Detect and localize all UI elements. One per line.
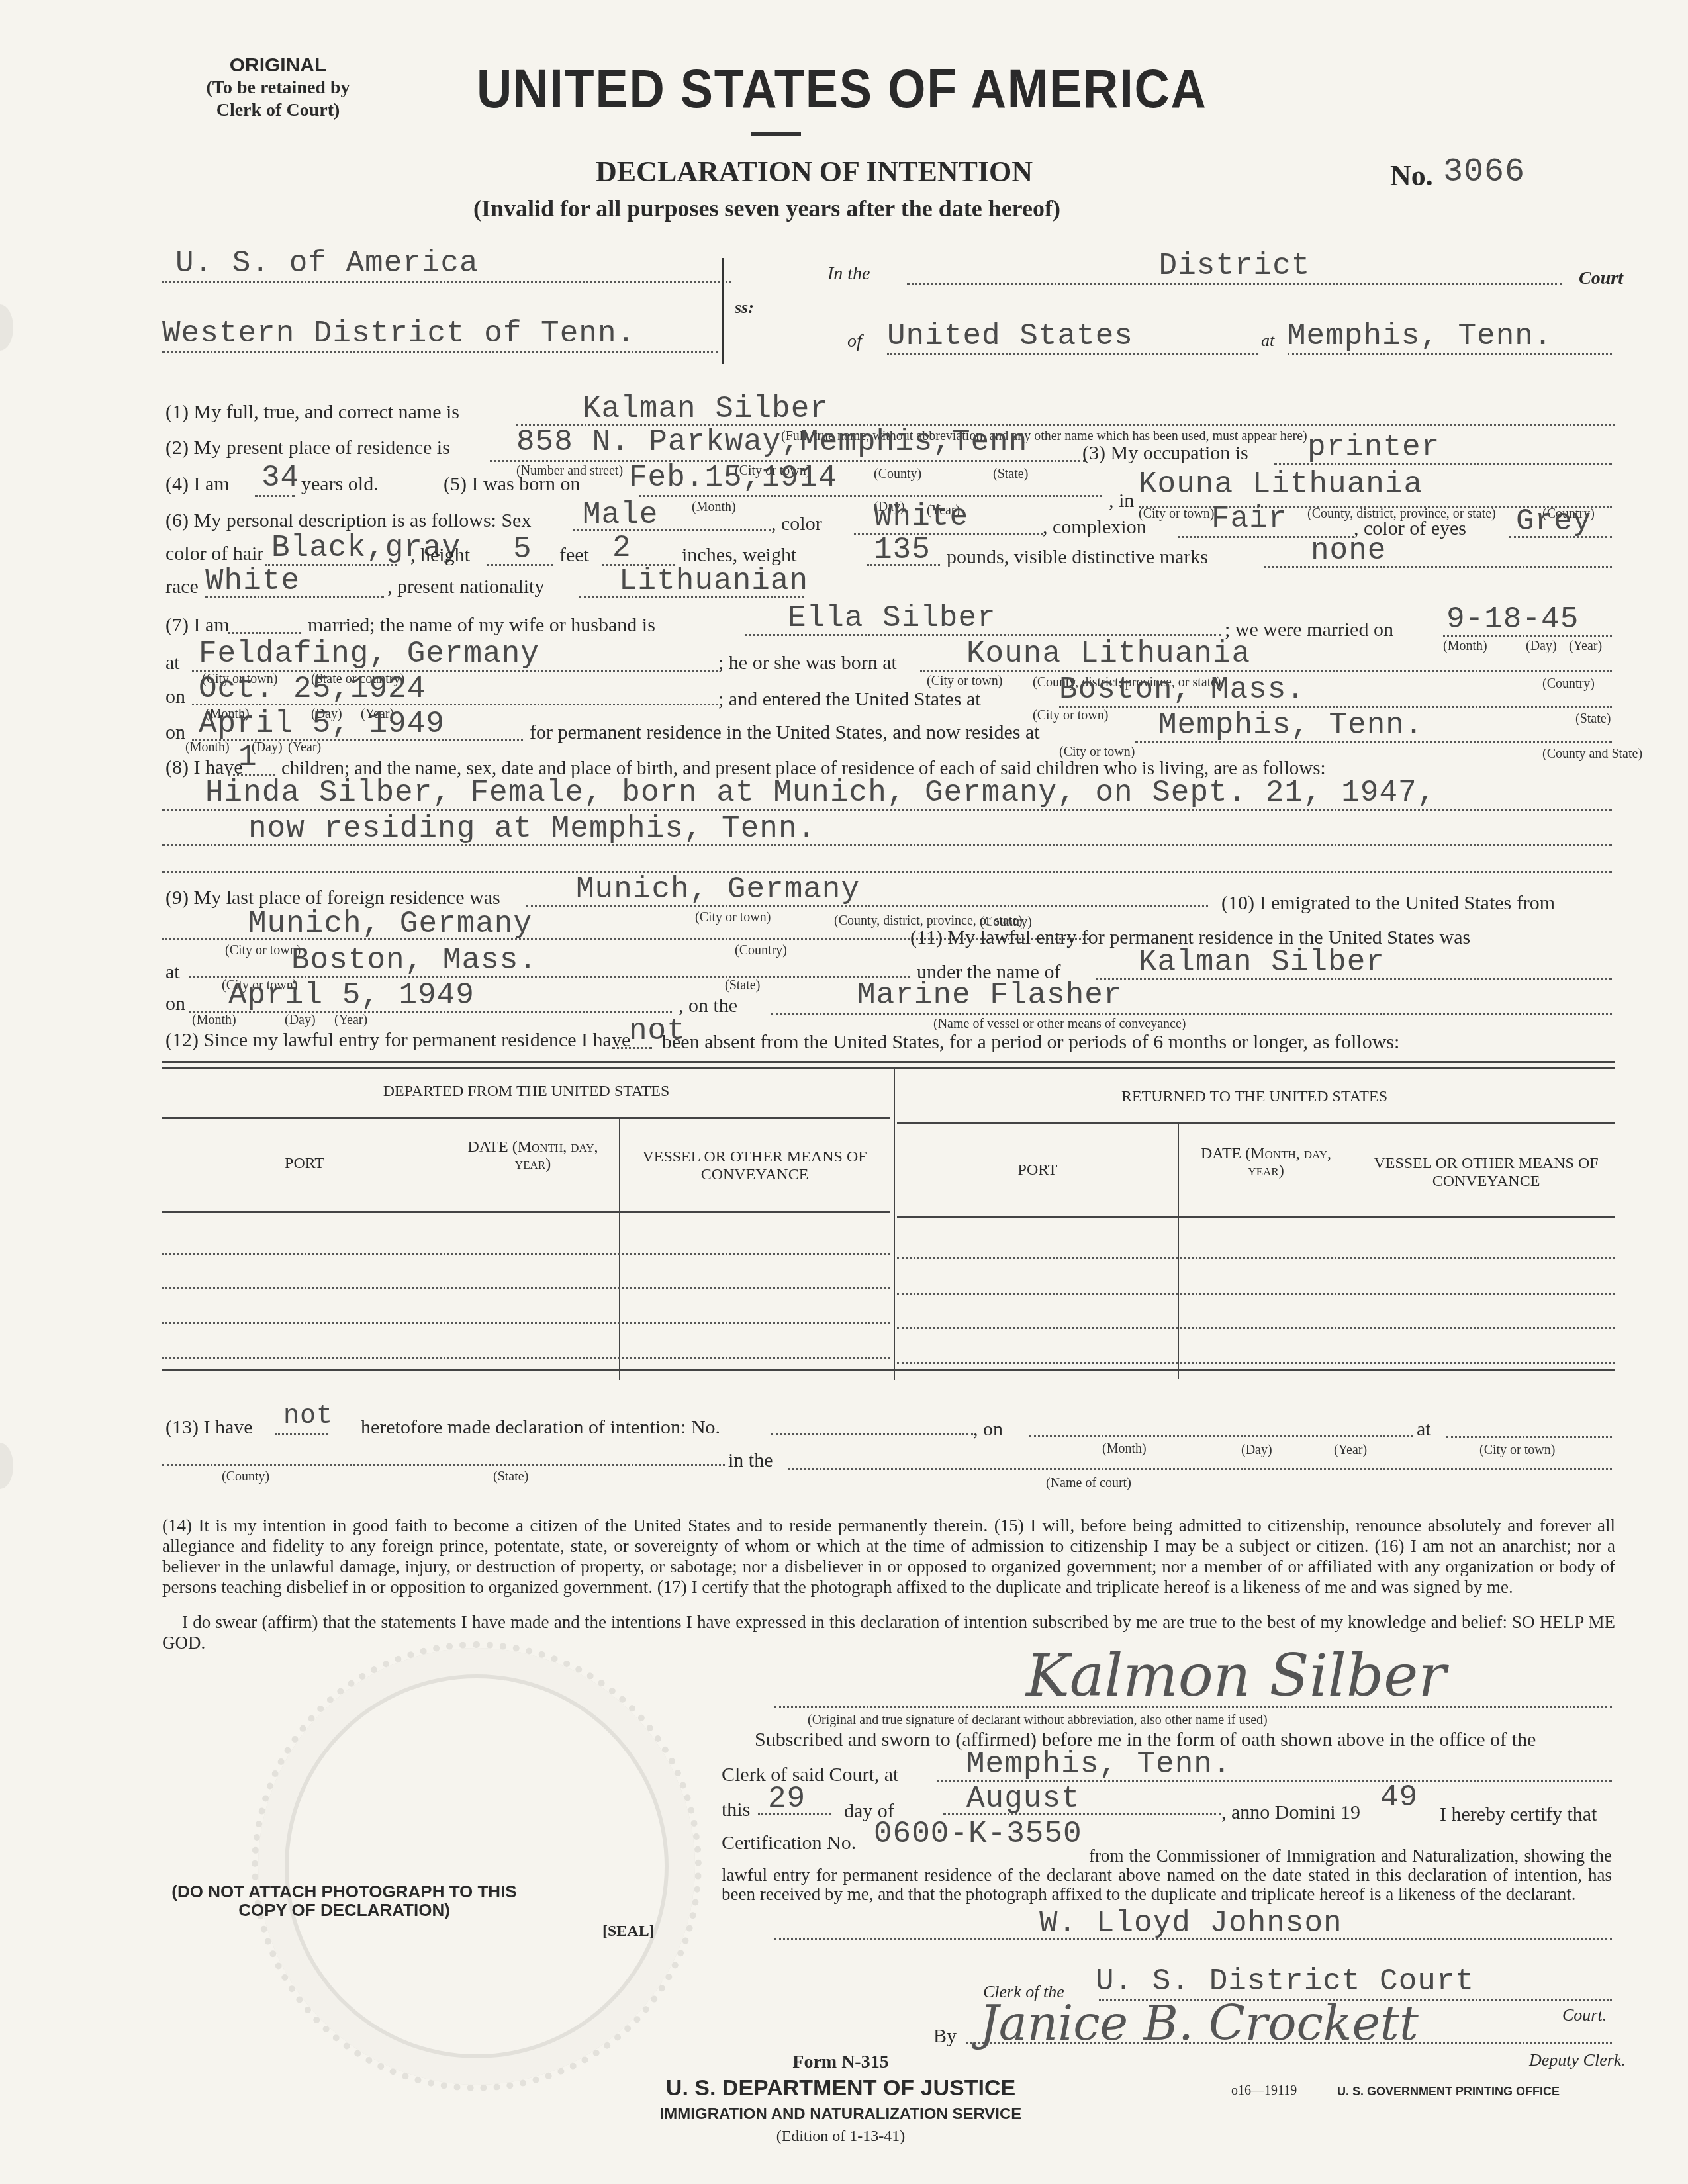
birthplace: Kouna Lithuania bbox=[1139, 467, 1423, 502]
on-label: on bbox=[165, 721, 185, 744]
spouse-birth-date: Oct. 25,1924 bbox=[199, 672, 426, 706]
prior-no-line bbox=[771, 1433, 973, 1435]
q2-label: (2) My present place of residence is bbox=[165, 437, 450, 459]
caption: (Day) bbox=[1526, 639, 1557, 654]
caption: (Month) bbox=[1102, 1441, 1147, 1457]
department: U. S. DEPARTMENT OF JUSTICE bbox=[596, 2075, 1086, 2101]
on-label: on bbox=[165, 686, 185, 708]
table-row bbox=[162, 1322, 890, 1324]
col-port: PORT bbox=[897, 1161, 1178, 1179]
at-label: at bbox=[1261, 331, 1274, 351]
sworn-day: 29 bbox=[768, 1782, 806, 1816]
sworn-month: August bbox=[966, 1782, 1080, 1816]
clerk-name: W. Lloyd Johnson bbox=[1039, 1906, 1342, 1940]
col-divider bbox=[447, 1118, 447, 1380]
deputy-signature: Janice B. Crockett bbox=[980, 1995, 1419, 2051]
height-feet: 5 bbox=[513, 532, 532, 567]
form-footer: Form N-315 U. S. DEPARTMENT OF JUSTICE I… bbox=[596, 2052, 1086, 2146]
caption: (Year) bbox=[1569, 639, 1602, 654]
invalid-note: (Invalid for all purposes seven years af… bbox=[473, 195, 1060, 222]
nationality: Lithuanian bbox=[619, 564, 808, 598]
q12-label-b: been absent from the United States, for … bbox=[662, 1031, 1399, 1054]
birth-date: Feb.15,1914 bbox=[629, 461, 837, 495]
residence: 858 N. Parkway,Memphis,Tenn bbox=[516, 425, 1027, 459]
table-rule bbox=[162, 1061, 1615, 1063]
in-the-label: in the bbox=[728, 1449, 773, 1472]
court-label: Court bbox=[1579, 268, 1623, 289]
emigrated-from: Munich, Germany bbox=[248, 907, 532, 941]
eye-color: Grey bbox=[1516, 504, 1591, 539]
declaration-number: 3066 bbox=[1443, 154, 1525, 191]
prior-county-line bbox=[162, 1464, 725, 1466]
entry-name: Kalman Silber bbox=[1139, 945, 1385, 979]
at-value: Memphis, Tenn. bbox=[1288, 319, 1612, 355]
table-rule bbox=[897, 1122, 1615, 1124]
distinctive-marks: none bbox=[1311, 533, 1386, 568]
caption: (Year) bbox=[288, 740, 321, 755]
photo-note-line1: (DO NOT ATTACH PHOTOGRAPH TO THIS bbox=[152, 1882, 536, 1901]
complexion: Fair bbox=[1211, 502, 1287, 536]
this-label: this bbox=[722, 1799, 750, 1821]
cert-text: from the Commissioner of Immigration and… bbox=[722, 1846, 1612, 1904]
q1-label: (1) My full, true, and correct name is bbox=[165, 401, 459, 424]
table-divider bbox=[894, 1069, 895, 1380]
married-status-line bbox=[228, 632, 301, 634]
table-rule bbox=[897, 1216, 1615, 1218]
binder-hole bbox=[0, 1443, 13, 1489]
ss-brace bbox=[722, 258, 725, 364]
occupation: printer bbox=[1307, 430, 1440, 465]
signature-line bbox=[774, 1706, 1612, 1708]
by-label: By bbox=[933, 2025, 957, 2048]
in-the-label: In the bbox=[827, 263, 870, 285]
prior-date-line bbox=[1029, 1435, 1413, 1437]
caption: (State) bbox=[1575, 711, 1611, 727]
page-title: UNITED STATES OF AMERICA bbox=[477, 58, 1207, 120]
child-line-3 bbox=[162, 871, 1612, 873]
q5-label: (5) I was born on bbox=[444, 473, 581, 496]
prior-declaration-status: not bbox=[283, 1402, 333, 1432]
certify-label: I hereby certify that bbox=[1440, 1803, 1597, 1826]
spouse-resides-label: for permanent residence in the United St… bbox=[530, 721, 1040, 744]
venue-line2: Western District of Tenn. bbox=[162, 316, 718, 353]
prior-city-line bbox=[1446, 1436, 1612, 1438]
title-rule bbox=[751, 132, 801, 136]
vessel-line bbox=[771, 1013, 1612, 1015]
q4-label: (4) I am bbox=[165, 473, 230, 496]
declarant-signature: Kalmon Silber bbox=[1026, 1641, 1446, 1709]
returned-header: RETURNED TO THE UNITED STATES bbox=[897, 1088, 1612, 1106]
court-suffix: Court. bbox=[1562, 2005, 1607, 2025]
caption: (Month) bbox=[692, 500, 736, 515]
caption: (Month) bbox=[1443, 639, 1487, 654]
hair-label: color of hair bbox=[165, 543, 263, 565]
table-rule bbox=[162, 1067, 1615, 1069]
color-label: , color bbox=[771, 513, 822, 535]
entry-date: April 5, 1949 bbox=[228, 978, 475, 1013]
col-divider bbox=[619, 1118, 620, 1380]
prior-court-line bbox=[788, 1468, 1612, 1470]
on-label: , on bbox=[973, 1418, 1003, 1441]
venue-line1: U. S. of America bbox=[162, 246, 731, 283]
q3-label: (3) My occupation is bbox=[1082, 442, 1248, 465]
table-row bbox=[897, 1293, 1615, 1295]
caption: (City or town) bbox=[695, 910, 771, 925]
of-label: of bbox=[847, 331, 862, 352]
edition: (Edition of 1-13-41) bbox=[596, 2128, 1086, 2146]
print-code: o16—19119 bbox=[1231, 2083, 1297, 2099]
years-old-label: years old. bbox=[301, 473, 379, 496]
caption: (Country) bbox=[735, 943, 787, 958]
caption: (County) bbox=[874, 467, 921, 482]
caption: (City or town) bbox=[225, 943, 301, 958]
race-label: race bbox=[165, 576, 199, 598]
number-label: No. bbox=[1390, 159, 1433, 193]
caption: (County) bbox=[222, 1469, 269, 1484]
in-label: , in bbox=[1109, 490, 1134, 512]
q13-label-b: heretofore made declaration of intention… bbox=[361, 1416, 720, 1439]
caption: (City or town) bbox=[1033, 708, 1108, 723]
caption: (Year) bbox=[1334, 1443, 1367, 1458]
printer-name: U. S. GOVERNMENT PRINTING OFFICE bbox=[1337, 2085, 1560, 2099]
child-details-2: now residing at Memphis, Tenn. bbox=[248, 811, 816, 846]
signature-caption: (Original and true signature of declaran… bbox=[808, 1713, 1268, 1728]
table-row bbox=[897, 1257, 1615, 1259]
port-of-entry: Boston, Mass. bbox=[291, 943, 538, 978]
q7-label: (7) I am bbox=[165, 614, 230, 637]
on-label: on bbox=[165, 993, 185, 1015]
of-value: United States bbox=[887, 319, 1258, 355]
caption: (County and State) bbox=[1542, 747, 1642, 762]
q12-label: (12) Since my lawful entry for permanent… bbox=[165, 1029, 630, 1052]
clerk-at-label: Clerk of said Court, at bbox=[722, 1764, 898, 1786]
caption: (State) bbox=[725, 978, 760, 993]
caption: (Month) bbox=[192, 1013, 236, 1028]
caption: (Day) bbox=[285, 1013, 316, 1028]
complexion-label: , complexion bbox=[1043, 516, 1147, 539]
age-line bbox=[255, 495, 295, 497]
q6-label: (6) My personal description is as follow… bbox=[165, 510, 531, 532]
spouse-residence: Memphis, Tenn. bbox=[1158, 708, 1423, 743]
q13-label: (13) I have bbox=[165, 1416, 253, 1439]
table-row bbox=[162, 1357, 890, 1359]
table-rule bbox=[162, 1117, 890, 1119]
spouse-name: Ella Silber bbox=[788, 601, 996, 635]
child-details-1: Hinda Silber, Female, born at Munich, Ge… bbox=[205, 776, 1436, 810]
height-inches: 2 bbox=[612, 531, 632, 565]
table-rule bbox=[162, 1369, 1615, 1371]
embossed-seal bbox=[252, 1641, 702, 2091]
court-name: U. S. District Court bbox=[1096, 1964, 1474, 1999]
oath-paragraph: (14) It is my intention in good faith to… bbox=[162, 1516, 1615, 1598]
vessel-name: Marine Flasher bbox=[857, 978, 1122, 1013]
spouse-entered-label: ; and entered the United States at bbox=[718, 688, 981, 711]
table-row bbox=[162, 1253, 890, 1255]
table-row bbox=[162, 1287, 890, 1289]
service: IMMIGRATION AND NATURALIZATION SERVICE bbox=[596, 2105, 1086, 2124]
original-label: ORIGINAL bbox=[199, 54, 357, 77]
caption: (Year) bbox=[334, 1013, 367, 1028]
caption: (Country) bbox=[1542, 676, 1595, 692]
full-name: Kalman Silber bbox=[583, 392, 829, 426]
spouse-entry-date: April 5, 1949 bbox=[199, 707, 445, 741]
col-date: DATE (Month, day, year) bbox=[1182, 1145, 1350, 1179]
at-label: at bbox=[165, 961, 180, 983]
photo-note: (DO NOT ATTACH PHOTOGRAPH TO THIS COPY O… bbox=[152, 1882, 536, 1919]
weight-label: inches, weight bbox=[682, 544, 796, 567]
color: White bbox=[874, 500, 968, 534]
spouse-birthplace: Kouna Lithuania bbox=[966, 637, 1250, 671]
q7-label-b: married; the name of my wife or husband … bbox=[308, 614, 655, 637]
photo-note-line2: COPY OF DECLARATION) bbox=[152, 1901, 536, 1919]
sex: Male bbox=[583, 498, 658, 532]
caption: (Name of court) bbox=[1046, 1476, 1131, 1491]
nationality-label: , present nationality bbox=[387, 576, 544, 598]
marks-label: pounds, visible distinctive marks bbox=[947, 546, 1208, 569]
sworn-year: 49 bbox=[1380, 1780, 1418, 1815]
q9-label: (9) My last place of foreign residence w… bbox=[165, 887, 500, 909]
caption: (Day) bbox=[1241, 1443, 1272, 1458]
col-divider bbox=[1354, 1124, 1354, 1379]
retained-note-2: Clerk of Court) bbox=[199, 99, 357, 122]
caption: (Month) bbox=[185, 740, 230, 755]
q13-line bbox=[275, 1433, 328, 1435]
col-port: PORT bbox=[162, 1155, 447, 1173]
married-at-label: at bbox=[165, 652, 180, 674]
q10-label: (10) I emigrated to the United States fr… bbox=[1221, 892, 1555, 915]
table-rule bbox=[162, 1211, 890, 1213]
col-vessel: VESSEL OR OTHER MEANS OF CONVEYANCE bbox=[622, 1148, 887, 1184]
caption: (City or town) bbox=[1479, 1443, 1555, 1458]
form-number: Form N-315 bbox=[596, 2052, 1086, 2073]
original-block: ORIGINAL (To be retained by Clerk of Cou… bbox=[199, 54, 357, 122]
spouse-port-of-entry: Boston, Mass. bbox=[1059, 672, 1305, 707]
caption: (City or town) bbox=[1139, 506, 1214, 522]
age: 34 bbox=[261, 461, 299, 495]
col-vessel: VESSEL OR OTHER MEANS OF CONVEYANCE bbox=[1357, 1155, 1615, 1191]
caption: (City or town) bbox=[927, 674, 1002, 689]
table-row bbox=[897, 1327, 1615, 1329]
col-divider bbox=[1178, 1124, 1179, 1379]
caption: (Name of vessel or other means of convey… bbox=[933, 1017, 1186, 1032]
retained-note: (To be retained by bbox=[199, 77, 357, 99]
table-row bbox=[897, 1362, 1615, 1364]
caption: (State) bbox=[493, 1469, 528, 1484]
ss-label: ss: bbox=[735, 298, 754, 318]
on-the-label: , on the bbox=[679, 995, 737, 1017]
col-date: DATE (Month, day, year) bbox=[450, 1138, 616, 1173]
deputy-label: Deputy Clerk. bbox=[1529, 2050, 1626, 2070]
form-subtitle: DECLARATION OF INTENTION bbox=[596, 155, 1033, 189]
binder-hole bbox=[0, 304, 13, 351]
marriage-place: Feldafing, Germany bbox=[199, 637, 539, 671]
height-label: , height bbox=[410, 544, 470, 567]
sworn-location: Memphis, Tenn. bbox=[966, 1747, 1231, 1782]
court-type: District bbox=[907, 249, 1562, 285]
last-foreign-residence: Munich, Germany bbox=[576, 872, 860, 907]
at-label: at bbox=[1417, 1418, 1431, 1441]
birth-date-line bbox=[639, 495, 1102, 497]
departed-header: DEPARTED FROM THE UNITED STATES bbox=[162, 1083, 890, 1101]
feet-label: feet bbox=[559, 544, 589, 567]
caption: (State) bbox=[993, 467, 1028, 482]
spouse-born-label: ; he or she was born at bbox=[718, 652, 897, 674]
race: White bbox=[205, 564, 300, 598]
marriage-date: 9-18-45 bbox=[1446, 602, 1579, 637]
anno-label: , anno Domini 19 bbox=[1221, 1801, 1360, 1824]
seal-label: [SEAL] bbox=[602, 1923, 655, 1940]
weight: 135 bbox=[874, 533, 931, 567]
children-count: 1 bbox=[238, 740, 258, 774]
